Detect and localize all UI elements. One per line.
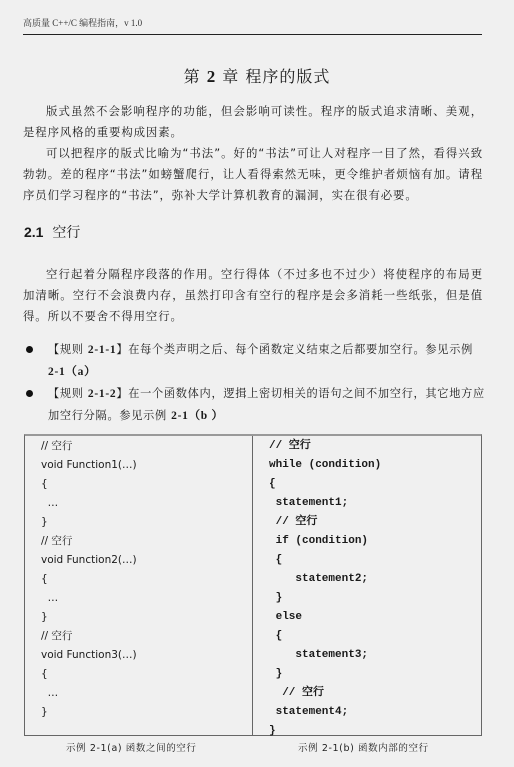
code-line: void Function3(…) <box>25 646 252 665</box>
code-line: } <box>25 608 252 627</box>
code-line: … <box>25 684 252 703</box>
rule-text: 在每个类声明之后、每个函数定义结束之后都要加空行。参见示例 <box>128 343 473 356</box>
code-line: if (condition) <box>253 532 481 551</box>
code-line: } <box>253 665 481 684</box>
rule-reference: 2-1（a） <box>48 366 96 378</box>
bullet-icon <box>26 346 33 353</box>
code-example-table: // 空行 void Function1(…) { … } // 空行 void… <box>24 434 482 736</box>
code-line: statement1; <box>253 494 481 513</box>
code-line: // 空行 <box>25 437 252 456</box>
code-line: } <box>25 703 252 722</box>
chapter-prefix: 第 <box>184 67 207 86</box>
intro-paragraph-1: 版式虽然不会影响程序的功能，但会影响可读性。程序的版式追求清晰、美观，是程序风格… <box>23 101 483 143</box>
example-a-caption: 示例 2-1(a) 函数之间的空行 <box>66 740 197 754</box>
section-paragraph: 空行起着分隔程序段落的作用。空行得体（不过多也不过少）将使程序的布局更加清晰。空… <box>23 264 483 327</box>
code-line: } <box>253 589 481 608</box>
section-title: 空行 <box>52 225 80 241</box>
intro-paragraph-2: 可以把程序的版式比喻为“书法”。好的“书法”可让人对程序一目了然，看得兴致勃勃。… <box>23 143 483 206</box>
code-line: statement3; <box>253 646 481 665</box>
example-b-code: // 空行 while (condition) { statement1; //… <box>253 436 481 735</box>
rule-reference: 2-1（b ） <box>171 410 224 422</box>
code-line: } <box>25 513 252 532</box>
example-a-code: // 空行 void Function1(…) { … } // 空行 void… <box>25 436 253 735</box>
rule-id: 2-1-2 <box>88 388 116 400</box>
chapter-name: 章 程序的版式 <box>216 67 330 86</box>
code-line: { <box>25 475 252 494</box>
code-line: // 空行 <box>25 627 252 646</box>
rule-bracket: 【规则 <box>48 343 88 356</box>
code-line: … <box>25 494 252 513</box>
code-line: } <box>253 722 481 741</box>
chapter-title: 第 2 章 程序的版式 <box>0 64 514 87</box>
code-line: void Function1(…) <box>25 456 252 475</box>
code-line: // 空行 <box>25 532 252 551</box>
example-b-caption: 示例 2-1(b) 函数内部的空行 <box>298 740 429 754</box>
code-line: { <box>253 551 481 570</box>
code-line: else <box>253 608 481 627</box>
rule-id: 2-1-1 <box>88 344 116 356</box>
code-line: void Function2(…) <box>25 551 252 570</box>
code-line: { <box>25 570 252 589</box>
code-line: { <box>253 475 481 494</box>
section-number: 2.1 <box>24 224 43 240</box>
code-line: while (condition) <box>253 456 481 475</box>
rule-bracket: 】 <box>116 387 128 400</box>
code-line: statement2; <box>253 570 481 589</box>
running-header: 高质量 C++/C 编程指南，v 1.0 <box>23 16 482 35</box>
code-line: statement4; <box>253 703 481 722</box>
bullet-icon <box>26 390 33 397</box>
rule-item: 【规则 2-1-2】在一个函数体内，逻揖上密切相关的语句之间不加空行，其它地方应… <box>26 383 486 427</box>
rule-bracket: 】 <box>116 343 128 356</box>
code-line: … <box>25 589 252 608</box>
code-line: // 空行 <box>253 684 481 703</box>
code-line: // 空行 <box>253 437 481 456</box>
code-line: { <box>25 665 252 684</box>
section-heading: 2.1 空行 <box>24 222 80 242</box>
rules-list: 【规则 2-1-1】在每个类声明之后、每个函数定义结束之后都要加空行。参见示例 … <box>26 339 486 427</box>
code-line: { <box>253 627 481 646</box>
rule-item: 【规则 2-1-1】在每个类声明之后、每个函数定义结束之后都要加空行。参见示例 … <box>26 339 486 383</box>
code-line: // 空行 <box>253 513 481 532</box>
rule-bracket: 【规则 <box>48 387 88 400</box>
chapter-number: 2 <box>207 67 217 86</box>
